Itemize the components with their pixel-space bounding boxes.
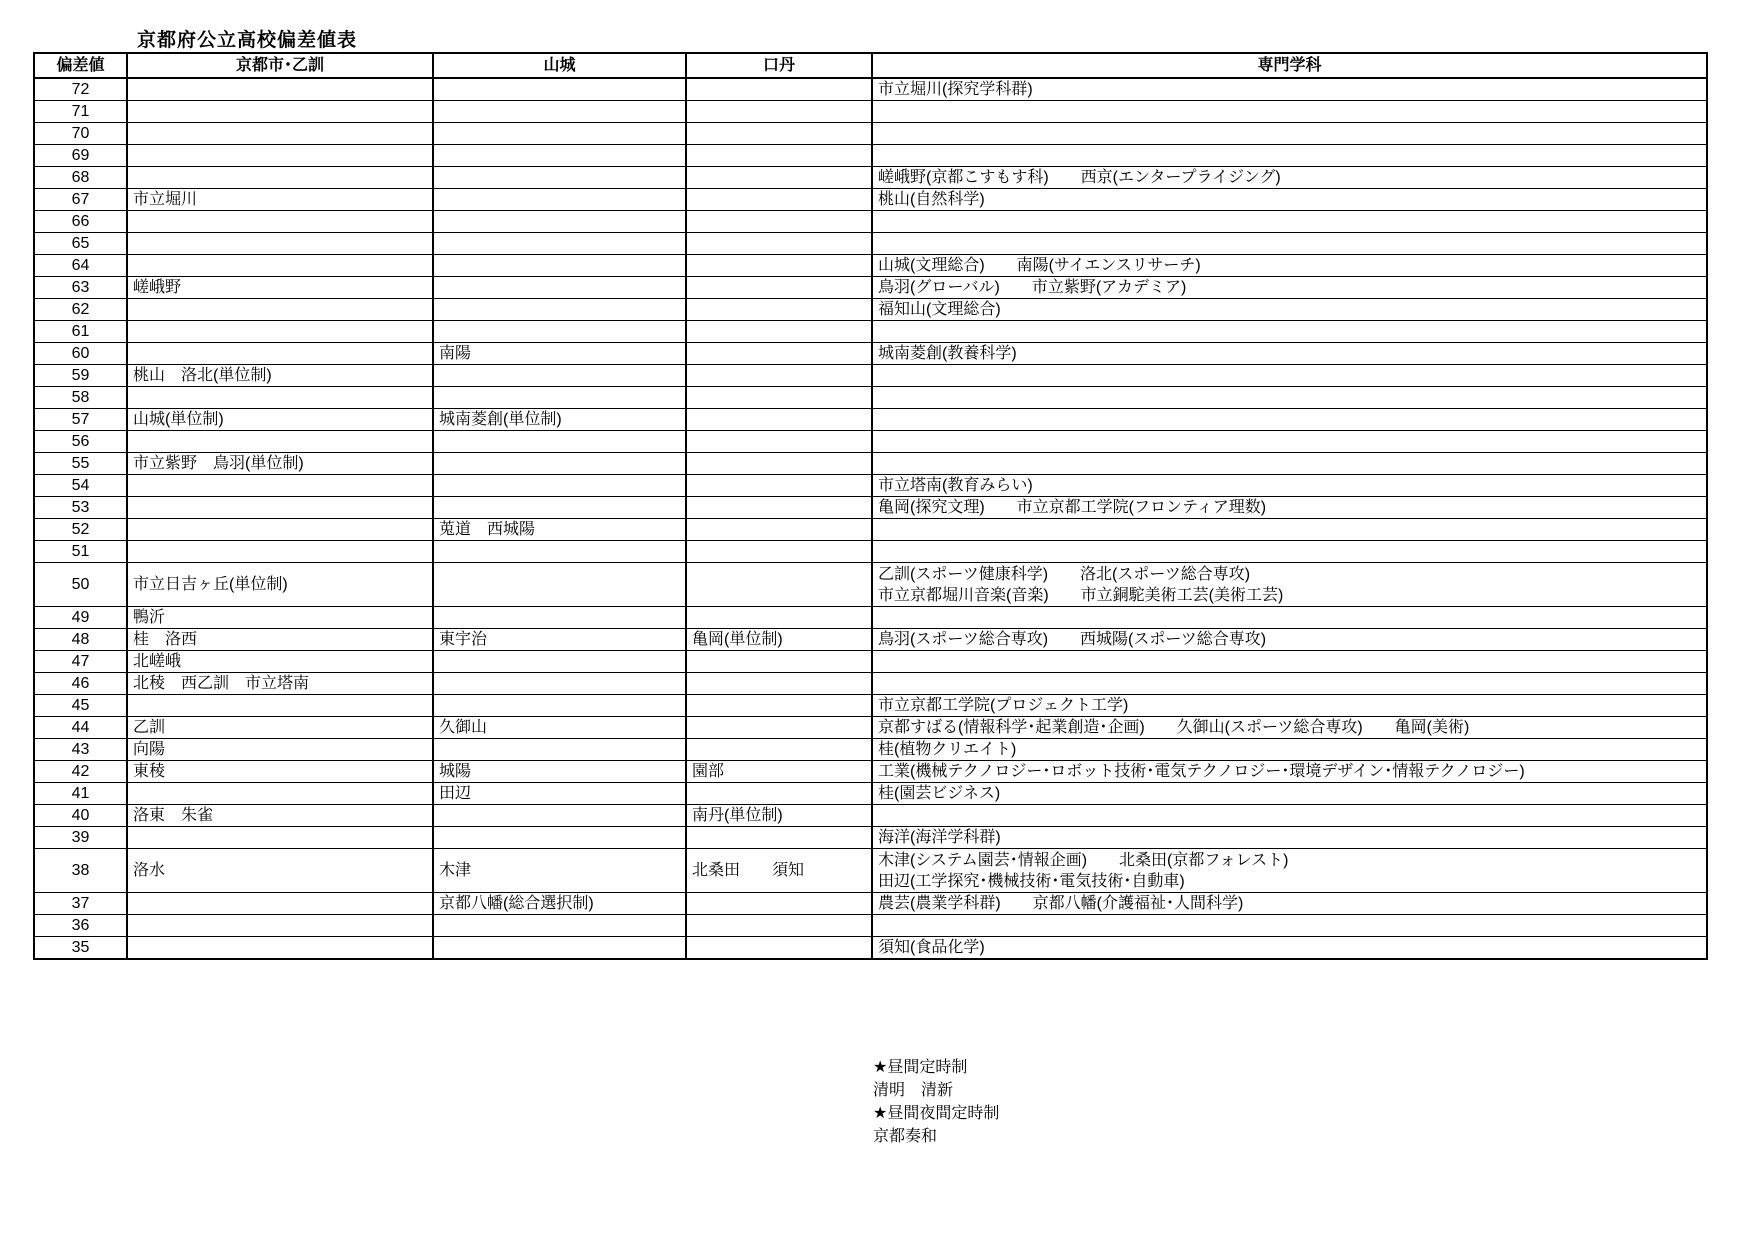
cell-score: 43 bbox=[34, 739, 127, 761]
cell-kyoto-otokuni bbox=[127, 233, 433, 255]
cell-kyoto-otokuni bbox=[127, 145, 433, 167]
cell-kyoto-otokuni bbox=[127, 101, 433, 123]
cell-kyoto-otokuni: 乙訓 bbox=[127, 717, 433, 739]
table-row: 48桂 洛西東宇治亀岡(単位制)鳥羽(スポーツ総合専攻) 西城陽(スポーツ総合専… bbox=[34, 629, 1707, 651]
header-row: 偏差値 京都市･乙訓 山城 口丹 専門学科 bbox=[34, 53, 1707, 78]
cell-score: 66 bbox=[34, 211, 127, 233]
cell-score: 68 bbox=[34, 167, 127, 189]
table-row: 40洛東 朱雀南丹(単位制) bbox=[34, 805, 1707, 827]
cell-yamashiro bbox=[433, 299, 686, 321]
cell-kuchitan bbox=[686, 211, 872, 233]
cell-score: 38 bbox=[34, 849, 127, 893]
table-row: 54市立塔南(教育みらい) bbox=[34, 475, 1707, 497]
cell-yamashiro bbox=[433, 78, 686, 101]
cell-kyoto-otokuni bbox=[127, 431, 433, 453]
cell-yamashiro: 莵道 西城陽 bbox=[433, 519, 686, 541]
cell-yamashiro bbox=[433, 145, 686, 167]
table-row: 67市立堀川桃山(自然科学) bbox=[34, 189, 1707, 211]
cell-senmon-gakka: 桂(植物クリエイト) bbox=[872, 739, 1707, 761]
cell-yamashiro: 久御山 bbox=[433, 717, 686, 739]
table-row: 49鴨沂 bbox=[34, 607, 1707, 629]
cell-kuchitan bbox=[686, 827, 872, 849]
cell-kuchitan bbox=[686, 717, 872, 739]
cell-score: 39 bbox=[34, 827, 127, 849]
cell-kuchitan bbox=[686, 783, 872, 805]
cell-kyoto-otokuni: 市立堀川 bbox=[127, 189, 433, 211]
cell-score: 36 bbox=[34, 915, 127, 937]
cell-senmon-gakka: 城南菱創(教養科学) bbox=[872, 343, 1707, 365]
cell-score: 69 bbox=[34, 145, 127, 167]
cell-yamashiro: 木津 bbox=[433, 849, 686, 893]
cell-kuchitan bbox=[686, 937, 872, 960]
cell-senmon-gakka bbox=[872, 101, 1707, 123]
cell-yamashiro bbox=[433, 167, 686, 189]
table-row: 64山城(文理総合) 南陽(サイエンスリサーチ) bbox=[34, 255, 1707, 277]
cell-kyoto-otokuni: 鴨沂 bbox=[127, 607, 433, 629]
table-row: 51 bbox=[34, 541, 1707, 563]
cell-senmon-gakka bbox=[872, 321, 1707, 343]
cell-senmon-gakka: 鳥羽(グローバル) 市立紫野(アカデミア) bbox=[872, 277, 1707, 299]
table-row: 60南陽城南菱創(教養科学) bbox=[34, 343, 1707, 365]
cell-kyoto-otokuni bbox=[127, 387, 433, 409]
table-row: 63嵯峨野鳥羽(グローバル) 市立紫野(アカデミア) bbox=[34, 277, 1707, 299]
cell-kyoto-otokuni bbox=[127, 255, 433, 277]
cell-senmon-gakka bbox=[872, 607, 1707, 629]
cell-yamashiro: 田辺 bbox=[433, 783, 686, 805]
cell-senmon-gakka: 鳥羽(スポーツ総合専攻) 西城陽(スポーツ総合専攻) bbox=[872, 629, 1707, 651]
cell-score: 47 bbox=[34, 651, 127, 673]
cell-kyoto-otokuni bbox=[127, 695, 433, 717]
cell-senmon-gakka bbox=[872, 431, 1707, 453]
cell-kuchitan bbox=[686, 78, 872, 101]
cell-yamashiro bbox=[433, 827, 686, 849]
col-header-kuchitan: 口丹 bbox=[686, 53, 872, 78]
cell-kyoto-otokuni bbox=[127, 915, 433, 937]
cell-kuchitan bbox=[686, 695, 872, 717]
cell-kuchitan bbox=[686, 497, 872, 519]
cell-yamashiro bbox=[433, 431, 686, 453]
cell-kyoto-otokuni: 東稜 bbox=[127, 761, 433, 783]
cell-senmon-gakka: 海洋(海洋学科群) bbox=[872, 827, 1707, 849]
cell-kuchitan bbox=[686, 519, 872, 541]
cell-yamashiro: 城南菱創(単位制) bbox=[433, 409, 686, 431]
cell-kuchitan bbox=[686, 475, 872, 497]
table-row: 52莵道 西城陽 bbox=[34, 519, 1707, 541]
cell-score: 46 bbox=[34, 673, 127, 695]
cell-score: 58 bbox=[34, 387, 127, 409]
cell-yamashiro bbox=[433, 277, 686, 299]
cell-yamashiro: 城陽 bbox=[433, 761, 686, 783]
cell-score: 60 bbox=[34, 343, 127, 365]
table-row: 55市立紫野 鳥羽(単位制) bbox=[34, 453, 1707, 475]
legend-line: 清明 清新 bbox=[873, 1079, 999, 1102]
table-row: 39海洋(海洋学科群) bbox=[34, 827, 1707, 849]
cell-kuchitan bbox=[686, 893, 872, 915]
cell-score: 55 bbox=[34, 453, 127, 475]
cell-kyoto-otokuni bbox=[127, 123, 433, 145]
cell-score: 40 bbox=[34, 805, 127, 827]
cell-score: 54 bbox=[34, 475, 127, 497]
cell-kyoto-otokuni bbox=[127, 937, 433, 960]
cell-senmon-gakka bbox=[872, 233, 1707, 255]
cell-kyoto-otokuni: 山城(単位制) bbox=[127, 409, 433, 431]
cell-kyoto-otokuni bbox=[127, 211, 433, 233]
cell-yamashiro bbox=[433, 475, 686, 497]
table-row: 56 bbox=[34, 431, 1707, 453]
cell-score: 50 bbox=[34, 563, 127, 607]
cell-kuchitan: 園部 bbox=[686, 761, 872, 783]
cell-kuchitan: 亀岡(単位制) bbox=[686, 629, 872, 651]
cell-kyoto-otokuni: 桂 洛西 bbox=[127, 629, 433, 651]
legend-line: 京都奏和 bbox=[873, 1125, 999, 1148]
cell-score: 48 bbox=[34, 629, 127, 651]
cell-yamashiro bbox=[433, 805, 686, 827]
cell-senmon-gakka: 木津(システム園芸･情報企画) 北桑田(京都フォレスト) 田辺(工学探究･機械技… bbox=[872, 849, 1707, 893]
cell-yamashiro: 京都八幡(総合選択制) bbox=[433, 893, 686, 915]
table-row: 42東稜城陽園部工業(機械テクノロジー･ロボット技術･電気テクノロジー･環境デザ… bbox=[34, 761, 1707, 783]
table-row: 69 bbox=[34, 145, 1707, 167]
table-row: 38洛水木津北桑田 須知木津(システム園芸･情報企画) 北桑田(京都フォレスト)… bbox=[34, 849, 1707, 893]
legend-line: ★昼間夜間定時制 bbox=[873, 1102, 999, 1125]
cell-kuchitan: 南丹(単位制) bbox=[686, 805, 872, 827]
col-header-kyoto-otokuni: 京都市･乙訓 bbox=[127, 53, 433, 78]
cell-yamashiro: 南陽 bbox=[433, 343, 686, 365]
cell-senmon-gakka bbox=[872, 365, 1707, 387]
cell-yamashiro bbox=[433, 255, 686, 277]
spreadsheet-page: { "title": "京都府公立高校偏差値表", "table": { "he… bbox=[0, 0, 1755, 1240]
cell-senmon-gakka: 工業(機械テクノロジー･ロボット技術･電気テクノロジー･環境デザイン･情報テクノ… bbox=[872, 761, 1707, 783]
cell-kyoto-otokuni: 北稜 西乙訓 市立塔南 bbox=[127, 673, 433, 695]
cell-kuchitan bbox=[686, 343, 872, 365]
cell-score: 42 bbox=[34, 761, 127, 783]
cell-yamashiro bbox=[433, 211, 686, 233]
cell-kuchitan bbox=[686, 453, 872, 475]
table-row: 71 bbox=[34, 101, 1707, 123]
cell-score: 41 bbox=[34, 783, 127, 805]
cell-senmon-gakka: 農芸(農業学科群) 京都八幡(介護福祉･人間科学) bbox=[872, 893, 1707, 915]
cell-senmon-gakka: 須知(食品化学) bbox=[872, 937, 1707, 960]
cell-score: 35 bbox=[34, 937, 127, 960]
cell-kuchitan bbox=[686, 387, 872, 409]
cell-score: 71 bbox=[34, 101, 127, 123]
cell-kuchitan bbox=[686, 365, 872, 387]
cell-kyoto-otokuni bbox=[127, 783, 433, 805]
cell-yamashiro bbox=[433, 365, 686, 387]
cell-kuchitan bbox=[686, 167, 872, 189]
page-title: 京都府公立高校偏差値表 bbox=[135, 25, 359, 54]
legend-line: ★昼間定時制 bbox=[873, 1056, 999, 1079]
cell-kyoto-otokuni bbox=[127, 299, 433, 321]
cell-senmon-gakka: 亀岡(探究文理) 市立京都工学院(フロンティア理数) bbox=[872, 497, 1707, 519]
cell-kyoto-otokuni: 洛水 bbox=[127, 849, 433, 893]
table-row: 41田辺桂(園芸ビジネス) bbox=[34, 783, 1707, 805]
cell-yamashiro bbox=[433, 739, 686, 761]
col-header-senmon-gakka: 専門学科 bbox=[872, 53, 1707, 78]
cell-score: 52 bbox=[34, 519, 127, 541]
col-header-hensachi: 偏差値 bbox=[34, 53, 127, 78]
cell-senmon-gakka: 嵯峨野(京都こすもす科) 西京(エンタープライジング) bbox=[872, 167, 1707, 189]
cell-score: 59 bbox=[34, 365, 127, 387]
col-header-yamashiro: 山城 bbox=[433, 53, 686, 78]
cell-senmon-gakka bbox=[872, 651, 1707, 673]
cell-yamashiro bbox=[433, 651, 686, 673]
cell-score: 44 bbox=[34, 717, 127, 739]
cell-kuchitan bbox=[686, 189, 872, 211]
cell-senmon-gakka bbox=[872, 145, 1707, 167]
cell-yamashiro bbox=[433, 937, 686, 960]
cell-senmon-gakka bbox=[872, 915, 1707, 937]
cell-yamashiro bbox=[433, 387, 686, 409]
cell-kyoto-otokuni bbox=[127, 321, 433, 343]
cell-kuchitan bbox=[686, 321, 872, 343]
table-row: 57山城(単位制)城南菱創(単位制) bbox=[34, 409, 1707, 431]
cell-kyoto-otokuni: 洛東 朱雀 bbox=[127, 805, 433, 827]
cell-score: 61 bbox=[34, 321, 127, 343]
cell-score: 62 bbox=[34, 299, 127, 321]
table-row: 37京都八幡(総合選択制)農芸(農業学科群) 京都八幡(介護福祉･人間科学) bbox=[34, 893, 1707, 915]
cell-yamashiro: 東宇治 bbox=[433, 629, 686, 651]
table-row: 47北嵯峨 bbox=[34, 651, 1707, 673]
table-row: 44乙訓久御山京都すばる(情報科学･起業創造･企画) 久御山(スポーツ総合専攻)… bbox=[34, 717, 1707, 739]
cell-yamashiro bbox=[433, 673, 686, 695]
table-row: 61 bbox=[34, 321, 1707, 343]
cell-score: 37 bbox=[34, 893, 127, 915]
cell-kyoto-otokuni: 桃山 洛北(単位制) bbox=[127, 365, 433, 387]
cell-kuchitan bbox=[686, 233, 872, 255]
table-row: 36 bbox=[34, 915, 1707, 937]
cell-senmon-gakka bbox=[872, 387, 1707, 409]
cell-kuchitan bbox=[686, 277, 872, 299]
cell-senmon-gakka bbox=[872, 409, 1707, 431]
cell-senmon-gakka bbox=[872, 805, 1707, 827]
cell-kyoto-otokuni: 市立日吉ヶ丘(単位制) bbox=[127, 563, 433, 607]
cell-kuchitan bbox=[686, 739, 872, 761]
cell-senmon-gakka: 市立京都工学院(プロジェクト工学) bbox=[872, 695, 1707, 717]
cell-kyoto-otokuni bbox=[127, 893, 433, 915]
table-row: 59桃山 洛北(単位制) bbox=[34, 365, 1707, 387]
cell-yamashiro bbox=[433, 453, 686, 475]
cell-senmon-gakka: 京都すばる(情報科学･起業創造･企画) 久御山(スポーツ総合専攻) 亀岡(美術) bbox=[872, 717, 1707, 739]
table-row: 68嵯峨野(京都こすもす科) 西京(エンタープライジング) bbox=[34, 167, 1707, 189]
cell-score: 53 bbox=[34, 497, 127, 519]
cell-kyoto-otokuni bbox=[127, 475, 433, 497]
table-row: 53亀岡(探究文理) 市立京都工学院(フロンティア理数) bbox=[34, 497, 1707, 519]
table-row: 66 bbox=[34, 211, 1707, 233]
cell-yamashiro bbox=[433, 321, 686, 343]
cell-score: 72 bbox=[34, 78, 127, 101]
cell-kuchitan bbox=[686, 101, 872, 123]
cell-kuchitan bbox=[686, 431, 872, 453]
cell-kyoto-otokuni bbox=[127, 827, 433, 849]
cell-kyoto-otokuni: 北嵯峨 bbox=[127, 651, 433, 673]
cell-kuchitan bbox=[686, 299, 872, 321]
cell-senmon-gakka bbox=[872, 541, 1707, 563]
table-row: 45市立京都工学院(プロジェクト工学) bbox=[34, 695, 1707, 717]
cell-yamashiro bbox=[433, 563, 686, 607]
cell-kuchitan bbox=[686, 651, 872, 673]
cell-senmon-gakka bbox=[872, 123, 1707, 145]
cell-kyoto-otokuni bbox=[127, 497, 433, 519]
table-row: 65 bbox=[34, 233, 1707, 255]
cell-kuchitan: 北桑田 須知 bbox=[686, 849, 872, 893]
cell-score: 51 bbox=[34, 541, 127, 563]
cell-score: 67 bbox=[34, 189, 127, 211]
cell-senmon-gakka bbox=[872, 673, 1707, 695]
cell-yamashiro bbox=[433, 123, 686, 145]
cell-kyoto-otokuni bbox=[127, 78, 433, 101]
table-row: 35須知(食品化学) bbox=[34, 937, 1707, 960]
cell-yamashiro bbox=[433, 915, 686, 937]
cell-kyoto-otokuni: 向陽 bbox=[127, 739, 433, 761]
cell-senmon-gakka: 市立堀川(探究学科群) bbox=[872, 78, 1707, 101]
cell-kyoto-otokuni bbox=[127, 541, 433, 563]
cell-score: 63 bbox=[34, 277, 127, 299]
cell-score: 65 bbox=[34, 233, 127, 255]
cell-kuchitan bbox=[686, 145, 872, 167]
cell-score: 64 bbox=[34, 255, 127, 277]
cell-senmon-gakka bbox=[872, 519, 1707, 541]
cell-kuchitan bbox=[686, 541, 872, 563]
table-row: 46北稜 西乙訓 市立塔南 bbox=[34, 673, 1707, 695]
cell-yamashiro bbox=[433, 695, 686, 717]
table-row: 50市立日吉ヶ丘(単位制)乙訓(スポーツ健康科学) 洛北(スポーツ総合専攻) 市… bbox=[34, 563, 1707, 607]
table-row: 72市立堀川(探究学科群) bbox=[34, 78, 1707, 101]
cell-senmon-gakka bbox=[872, 453, 1707, 475]
cell-senmon-gakka: 市立塔南(教育みらい) bbox=[872, 475, 1707, 497]
cell-kuchitan bbox=[686, 409, 872, 431]
cell-score: 70 bbox=[34, 123, 127, 145]
cell-yamashiro bbox=[433, 541, 686, 563]
cell-yamashiro bbox=[433, 233, 686, 255]
cell-score: 57 bbox=[34, 409, 127, 431]
cell-kyoto-otokuni bbox=[127, 167, 433, 189]
cell-senmon-gakka: 乙訓(スポーツ健康科学) 洛北(スポーツ総合専攻) 市立京都堀川音楽(音楽) 市… bbox=[872, 563, 1707, 607]
cell-kuchitan bbox=[686, 673, 872, 695]
cell-kuchitan bbox=[686, 255, 872, 277]
cell-yamashiro bbox=[433, 101, 686, 123]
cell-senmon-gakka: 桃山(自然科学) bbox=[872, 189, 1707, 211]
table-row: 62福知山(文理総合) bbox=[34, 299, 1707, 321]
cell-yamashiro bbox=[433, 607, 686, 629]
cell-score: 56 bbox=[34, 431, 127, 453]
deviation-score-table: 偏差値 京都市･乙訓 山城 口丹 専門学科 72市立堀川(探究学科群)71706… bbox=[33, 52, 1708, 960]
cell-kuchitan bbox=[686, 607, 872, 629]
cell-yamashiro bbox=[433, 497, 686, 519]
cell-kuchitan bbox=[686, 123, 872, 145]
cell-kyoto-otokuni: 嵯峨野 bbox=[127, 277, 433, 299]
cell-score: 49 bbox=[34, 607, 127, 629]
cell-kuchitan bbox=[686, 915, 872, 937]
cell-score: 45 bbox=[34, 695, 127, 717]
cell-senmon-gakka: 桂(園芸ビジネス) bbox=[872, 783, 1707, 805]
cell-kyoto-otokuni: 市立紫野 鳥羽(単位制) bbox=[127, 453, 433, 475]
table-row: 70 bbox=[34, 123, 1707, 145]
cell-senmon-gakka: 山城(文理総合) 南陽(サイエンスリサーチ) bbox=[872, 255, 1707, 277]
legend: ★昼間定時制清明 清新★昼間夜間定時制京都奏和 bbox=[873, 1056, 999, 1148]
table-row: 43向陽桂(植物クリエイト) bbox=[34, 739, 1707, 761]
cell-senmon-gakka: 福知山(文理総合) bbox=[872, 299, 1707, 321]
cell-senmon-gakka bbox=[872, 211, 1707, 233]
cell-kyoto-otokuni bbox=[127, 343, 433, 365]
cell-yamashiro bbox=[433, 189, 686, 211]
table-row: 58 bbox=[34, 387, 1707, 409]
cell-kyoto-otokuni bbox=[127, 519, 433, 541]
cell-kuchitan bbox=[686, 563, 872, 607]
